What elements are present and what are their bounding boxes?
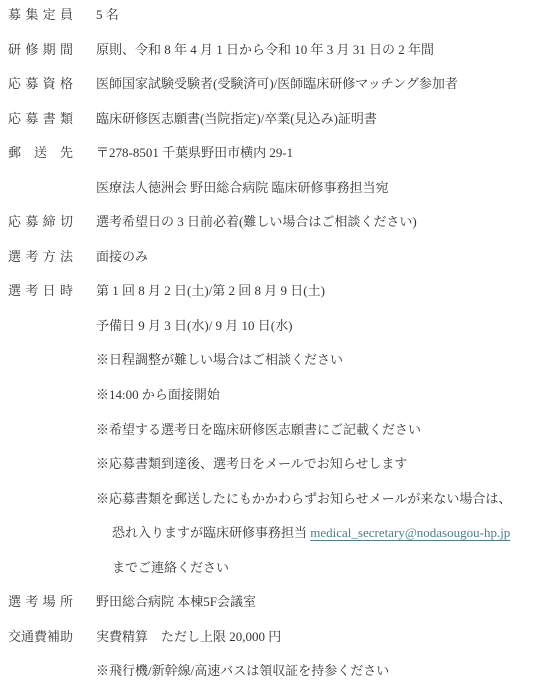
info-row-mailing-address: 郵送先 〒278-8501 千葉県野田市横内 29-1 bbox=[0, 144, 554, 179]
field-value: 選考希望日の 3 日前必着(難しい場合はご相談ください) bbox=[96, 214, 417, 230]
info-row-note-preferred-date: ※希望する選考日を臨床研修医志願書にご記載ください bbox=[0, 421, 554, 456]
field-label: 応募書類 bbox=[8, 111, 73, 127]
field-value: ※14:00 から面接開始 bbox=[96, 387, 220, 403]
field-label: 選考方法 bbox=[8, 249, 73, 265]
field-value: 5 名 bbox=[96, 7, 119, 23]
info-row-travel-subsidy: 交通費補助 実費精算 ただし上限 20,000 円 bbox=[0, 628, 554, 663]
info-row-deadline: 応募締切 選考希望日の 3 日前必着(難しい場合はご相談ください) bbox=[0, 213, 554, 248]
field-value: 〒278-8501 千葉県野田市横内 29-1 bbox=[96, 145, 293, 161]
field-label: 応募締切 bbox=[8, 214, 73, 230]
info-row-mailing-address-line2: 医療法人徳洲会 野田総合病院 臨床研修事務担当宛 bbox=[0, 179, 554, 214]
field-label: 交通費補助 bbox=[8, 629, 73, 645]
info-row-selection-dates: 選考日時 第 1 回 8 月 2 日(土)/第 2 回 8 月 9 日(土) bbox=[0, 282, 554, 317]
info-row-note-receipts: ※飛行機/新幹線/高速バスは領収証を持参ください bbox=[0, 662, 554, 691]
field-value: ※日程調整が難しい場合はご相談ください bbox=[96, 352, 343, 368]
field-label: 選考日時 bbox=[8, 283, 73, 299]
field-value: ※飛行機/新幹線/高速バスは領収証を持参ください bbox=[96, 663, 389, 679]
contact-prefix-text: 恐れ入りますが臨床研修事務担当 bbox=[112, 525, 310, 540]
field-value: 面接のみ bbox=[96, 249, 148, 265]
field-value: 恐れ入りますが臨床研修事務担当 medical_secretary@nodaso… bbox=[112, 525, 510, 541]
info-row-backup-dates: 予備日 9 月 3 日(水)/ 9 月 10 日(水) bbox=[0, 317, 554, 352]
field-value: 予備日 9 月 3 日(水)/ 9 月 10 日(水) bbox=[96, 318, 292, 334]
field-value: 医療法人徳洲会 野田総合病院 臨床研修事務担当宛 bbox=[96, 180, 389, 196]
info-row-selection-method: 選考方法 面接のみ bbox=[0, 248, 554, 283]
field-label: 募集定員 bbox=[8, 7, 73, 23]
field-value: 実費精算 ただし上限 20,000 円 bbox=[96, 629, 281, 645]
info-row-note-start-time: ※14:00 から面接開始 bbox=[0, 386, 554, 421]
info-row-contact-suffix: までご連絡ください bbox=[0, 559, 554, 594]
field-label: 研修期間 bbox=[8, 42, 73, 58]
field-value: 医師国家試験受験者(受験済可)/医師臨床研修マッチング参加者 bbox=[96, 76, 458, 92]
info-row-documents: 応募書類 臨床研修医志願書(当院指定)/卒業(見込み)証明書 bbox=[0, 110, 554, 145]
info-row-selection-location: 選考場所 野田総合病院 本棟5F会議室 bbox=[0, 593, 554, 628]
field-value: ※応募書類到達後、選考日をメールでお知らせします bbox=[96, 456, 407, 472]
info-row-note-no-email: ※応募書類を郵送したにもかかわらずお知らせメールが来ない場合は、 bbox=[0, 490, 554, 525]
field-value: 原則、令和 8 年 4 月 1 日から令和 10 年 3 月 31 日の 2 年… bbox=[96, 42, 434, 58]
info-row-note-email-notification: ※応募書類到達後、選考日をメールでお知らせします bbox=[0, 455, 554, 490]
field-label: 選考場所 bbox=[8, 594, 73, 610]
field-label: 応募資格 bbox=[8, 76, 73, 92]
info-row-training-period: 研修期間 原則、令和 8 年 4 月 1 日から令和 10 年 3 月 31 日… bbox=[0, 41, 554, 76]
field-value: までご連絡ください bbox=[112, 560, 229, 576]
info-row-contact-email: 恐れ入りますが臨床研修事務担当 medical_secretary@nodaso… bbox=[0, 524, 554, 559]
field-value: 臨床研修医志願書(当院指定)/卒業(見込み)証明書 bbox=[96, 111, 377, 127]
field-value: ※応募書類を郵送したにもかかわらずお知らせメールが来ない場合は、 bbox=[96, 491, 511, 507]
field-value: 第 1 回 8 月 2 日(土)/第 2 回 8 月 9 日(土) bbox=[96, 283, 325, 299]
info-row-note-schedule: ※日程調整が難しい場合はご相談ください bbox=[0, 351, 554, 386]
email-link[interactable]: medical_secretary@nodasougou-hp.jp bbox=[310, 525, 510, 540]
field-value: ※希望する選考日を臨床研修医志願書にご記載ください bbox=[96, 422, 421, 438]
info-row-capacity: 募集定員 5 名 bbox=[0, 6, 554, 41]
info-row-qualifications: 応募資格 医師国家試験受験者(受験済可)/医師臨床研修マッチング参加者 bbox=[0, 75, 554, 110]
field-value: 野田総合病院 本棟5F会議室 bbox=[96, 594, 256, 610]
field-label: 郵送先 bbox=[8, 145, 73, 161]
recruitment-info-document: 募集定員 5 名 研修期間 原則、令和 8 年 4 月 1 日から令和 10 年… bbox=[0, 0, 554, 691]
